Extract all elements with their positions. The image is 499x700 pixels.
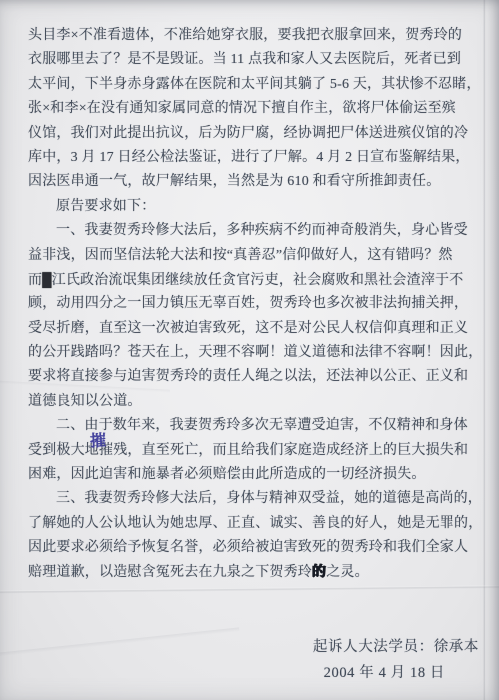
body-text: 头目李×不准看遗体，不准给她穿衣服，要我把衣服拿回来，贺秀玲的 bbox=[28, 28, 462, 43]
body-line: 头目李×不准看遗体，不准给她穿衣服，要我把衣服拿回来，贺秀玲的 bbox=[28, 24, 474, 48]
scanned-document-page: 头目李×不准看遗体，不准给她穿衣服，要我把衣服拿回来，贺秀玲的衣服哪里去了？是不… bbox=[0, 0, 499, 700]
body-line: 要求将直接参与迫害贺秀玲的责任人绳之以法，还法神以公正、正义和 bbox=[28, 365, 474, 389]
overwritten-character: 的 bbox=[312, 565, 326, 580]
body-text: 江氏政治流氓集团继续放任贪官污吏，社会腐败和黑社会渣滓于不 bbox=[52, 273, 464, 288]
body-text: 困难，因此迫害和施暴者必须赔偿由此所造成的一切经济损失。 bbox=[28, 467, 426, 482]
body-text: 一、我妻贺秀玲修大法后，多种疾病不约而神奇般消失，身心皆受 bbox=[56, 223, 468, 238]
body-text: 二、由于数年来，我妻贺秀玲多次无辜遭受迫害，不仅精神和身体 bbox=[56, 418, 468, 433]
body-text: 仪馆，我们对此提出抗议，后为防尸腐，经协调把尸体送进殡仪馆的冷 bbox=[28, 126, 468, 141]
document-body: 头目李×不准看遗体，不准给她穿衣服，要我把衣服拿回来，贺秀玲的衣服哪里去了？是不… bbox=[28, 24, 474, 585]
handwritten-correction: 摧 bbox=[89, 428, 106, 452]
body-text: 张×和李×在没有通知家属同意的情况下擅自作主，欲将尸体偷运至殡 bbox=[28, 101, 456, 116]
body-text: 因法医串通一气，故尸解结果，当然是为 610 和看守所推卸责任。 bbox=[28, 174, 440, 189]
body-line: 一、我妻贺秀玲修大法后，多种疾病不约而神奇般消失，身心皆受 bbox=[28, 219, 474, 243]
paper-edge-shadow bbox=[487, 0, 499, 700]
body-line: 而█江氏政治流氓集团继续放任贪官污吏，社会腐败和黑社会渣滓于不 bbox=[28, 268, 474, 292]
body-text: 顾，动用四分之一国力镇压无辜百姓，贺秀玲也多次被非法拘捕关押， bbox=[28, 296, 468, 311]
body-line: 道德良知以公道。 bbox=[28, 390, 474, 414]
body-text: 库中，3 月 17 日经公检法鉴证，进行了尸解。4 月 2 日宣布鉴解结果， bbox=[28, 150, 470, 165]
body-line: 了解她的人公认地认为她忠厚、正直、诚实、善良的好人，她是无罪的， bbox=[28, 512, 474, 536]
body-line: 原告要求如下： bbox=[28, 195, 474, 219]
body-line: 张×和李×在没有通知家属同意的情况下擅自作主，欲将尸体偷运至殡 bbox=[28, 97, 474, 121]
body-line: 受尽折磨，直至这一次被迫害致死，这不是对公民人权信仰真理和正义 bbox=[28, 317, 474, 341]
body-line: 顾，动用四分之一国力镇压无辜百姓，贺秀玲也多次被非法拘捕关押， bbox=[28, 292, 474, 316]
body-text: 受尽折磨，直至这一次被迫害致死，这不是对公民人权信仰真理和正义 bbox=[28, 321, 468, 336]
paper-crease-bottom-left bbox=[0, 627, 239, 658]
body-text: 要求将直接参与迫害贺秀玲的责任人绳之以法，还法神以公正、正义和 bbox=[28, 369, 468, 384]
redacted-character: █ bbox=[42, 272, 51, 287]
signature-line: 起诉人大法学员：徐承本 bbox=[313, 635, 479, 656]
body-text: 的公开践踏吗？苍天在上，天理不容啊！道义道德和法律不容啊！因此， bbox=[28, 345, 482, 360]
body-line: 益非浅，因而坚信法轮大法和按“真善忍”信仰做好人，这有错吗？然 bbox=[28, 244, 474, 268]
body-line: 三、我妻贺秀玲修大法后，身体与精神双受益，她的道德是高尚的， bbox=[28, 487, 474, 511]
body-line: 因法医串通一气，故尸解结果，当然是为 610 和看守所推卸责任。 bbox=[28, 170, 474, 194]
body-text: 衣服哪里去了？是不是毁证。当 11 点我和家人又去医院后，死者已到 bbox=[28, 52, 461, 67]
body-text: 了解她的人公认地认为她忠厚、正直、诚实、善良的好人，她是无罪的， bbox=[28, 516, 482, 531]
body-line: 仪馆，我们对此提出抗议，后为防尸腐，经协调把尸体送进殡仪馆的冷 bbox=[28, 122, 474, 146]
body-text: 益非浅，因而坚信法轮大法和按“真善忍”信仰做好人，这有错吗？然 bbox=[28, 248, 453, 263]
body-line: 因此要求必须给予恢复名誉，必须给被迫害致死的贺秀玲和我们全家人 bbox=[28, 536, 474, 560]
body-line: 库中，3 月 17 日经公检法鉴证，进行了尸解。4 月 2 日宣布鉴解结果， bbox=[28, 146, 474, 170]
body-line: 衣服哪里去了？是不是毁证。当 11 点我和家人又去医院后，死者已到 bbox=[28, 48, 474, 72]
body-text: 三、我妻贺秀玲修大法后，身体与精神双受益，她的道德是高尚的， bbox=[56, 491, 482, 506]
body-text: 而 bbox=[28, 273, 42, 288]
body-text: 道德良知以公道。 bbox=[28, 394, 142, 409]
paper-crease-bottom bbox=[0, 585, 499, 593]
paper-crease-right bbox=[483, 0, 486, 700]
body-text: 因此要求必须给予恢复名誉，必须给被迫害致死的贺秀玲和我们全家人 bbox=[28, 540, 468, 555]
body-line: 的公开践踏吗？苍天在上，天理不容啊！道义道德和法律不容啊！因此， bbox=[28, 341, 474, 365]
body-text: 之灵。 bbox=[326, 565, 369, 580]
date-line: 2004 年 4 月 18 日 bbox=[324, 661, 445, 682]
body-text: 原告要求如下： bbox=[56, 199, 155, 214]
body-text: 太平间，下半身赤身露体在医院和太平间其躺了 5-6 天，其状惨不忍睹， bbox=[28, 77, 481, 92]
body-line: 太平间，下半身赤身露体在医院和太平间其躺了 5-6 天，其状惨不忍睹， bbox=[28, 73, 474, 97]
body-line: 赔理道歉，以造慰含冤死去在九泉之下贺秀玲的之灵。 bbox=[28, 561, 474, 585]
body-line: 困难，因此迫害和施暴者必须赔偿由此所造成的一切经济损失。 bbox=[28, 463, 474, 487]
body-text: 赔理道歉，以造慰含冤死去在九泉之下贺秀玲 bbox=[28, 565, 312, 580]
